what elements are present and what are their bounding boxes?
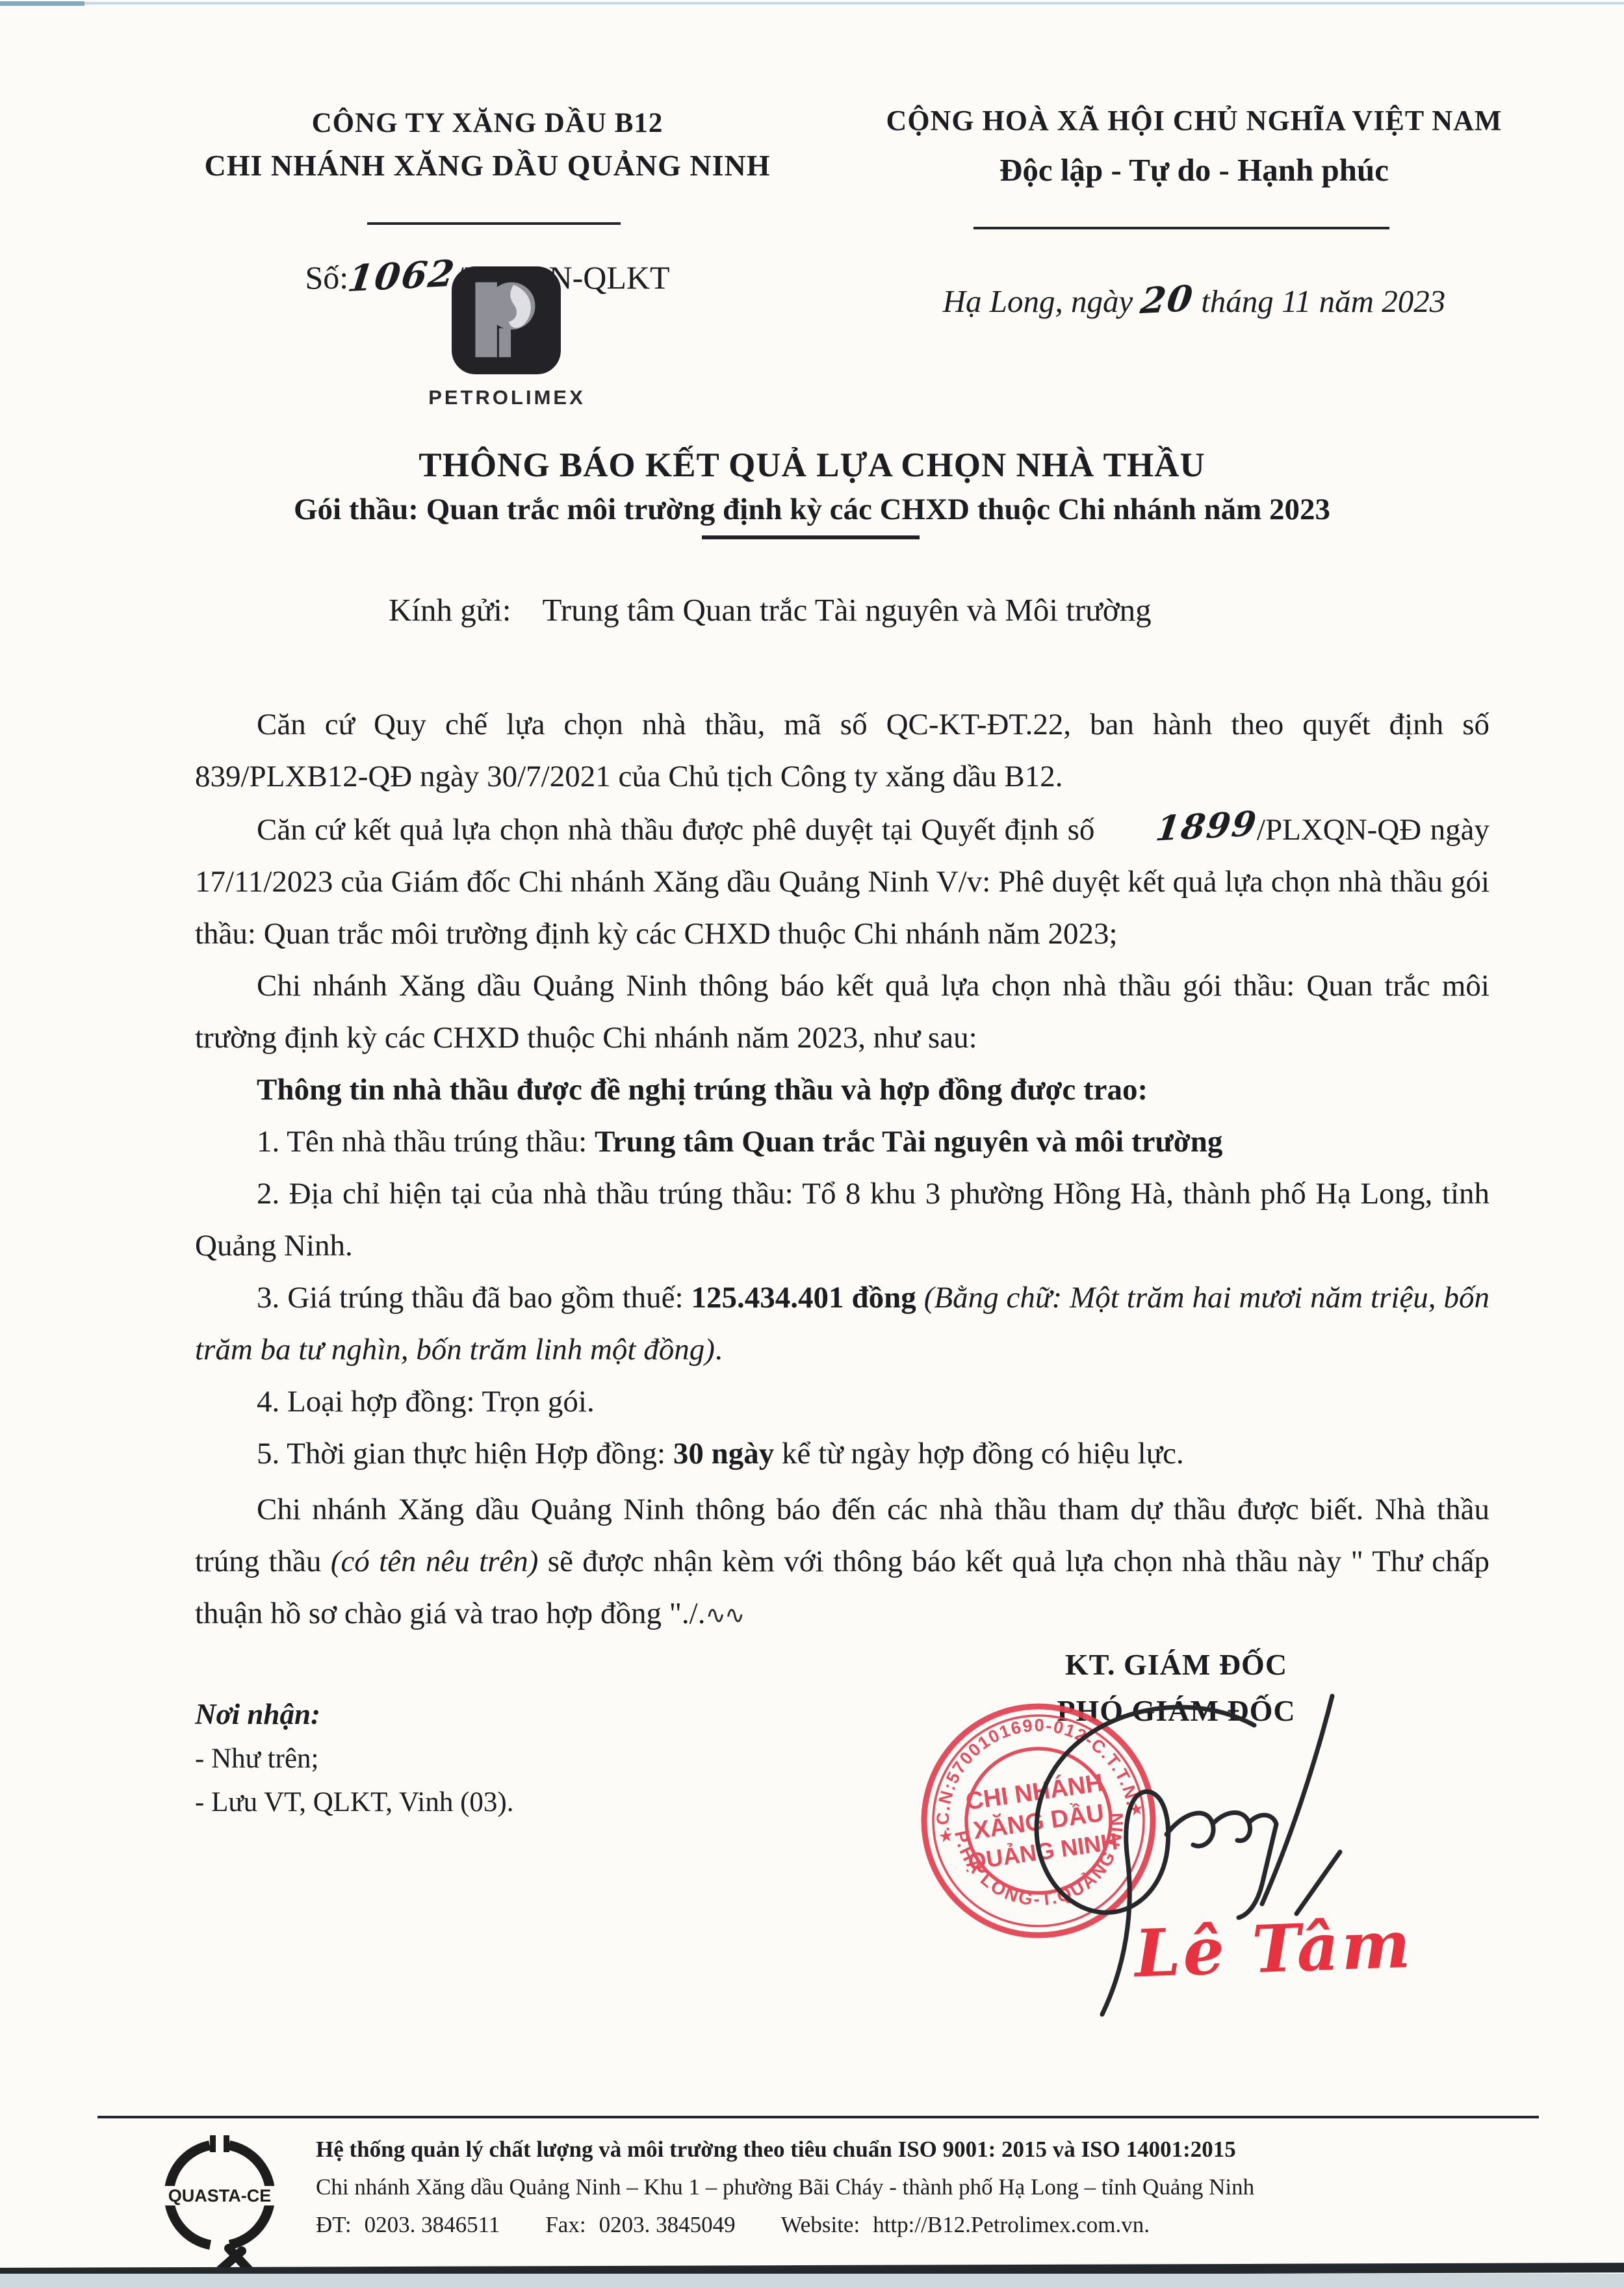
salutation-recipient: Trung tâm Quan trắc Tài nguyên và Môi tr…: [543, 592, 1152, 628]
signature-icon: [968, 1660, 1371, 2024]
footer-text-block: Hệ thống quản lý chất lượng và môi trườn…: [316, 2137, 1551, 2238]
document-body: Căn cứ Quy chế lựa chọn nhà thầu, mã số …: [195, 699, 1489, 1641]
paragraph-1: Căn cứ Quy chế lựa chọn nhà thầu, mã số …: [195, 699, 1489, 803]
price-value: 125.434.401 đồng: [691, 1281, 924, 1315]
footer-contacts: ĐT:0203. 3846511Fax:0203. 3845049Website…: [316, 2212, 1551, 2238]
header-left: CÔNG TY XĂNG DẦU B12 CHI NHÁNH XĂNG DẦU …: [110, 107, 864, 183]
handwritten-flourish: ∿∿: [705, 1600, 743, 1629]
duration-value: 30 ngày: [673, 1437, 774, 1471]
place-date-post: tháng 11 năm 2023: [1193, 283, 1445, 319]
winner-address: 2. Địa chỉ hiện tại của nhà thầu trúng t…: [195, 1177, 1489, 1263]
decision-number-handwritten: 1899: [1091, 799, 1261, 859]
header-right: CỘNG HOÀ XÃ HỘI CHỦ NGHĨA VIỆT NAM Độc l…: [822, 104, 1566, 188]
website-value: http://B12.Petrolimex.com.vn.: [873, 2212, 1150, 2237]
doc-no-prefix: Số:: [305, 259, 348, 296]
salutation-label: Kính gửi:: [389, 592, 511, 628]
winner-name-label: 1. Tên nhà thầu trúng thầu:: [257, 1125, 595, 1159]
paragraph-3-text: Chi nhánh Xăng dầu Quảng Ninh thông báo …: [195, 969, 1489, 1055]
document-subtitle: Gói thầu: Quan trắc môi trường định kỳ c…: [0, 492, 1624, 527]
footer-address-line: Chi nhánh Xăng dầu Quảng Ninh – Khu 1 – …: [316, 2174, 1551, 2200]
scan-top-edge: [0, 2, 1624, 5]
winner-info-heading: Thông tin nhà thầu được đề nghị trúng th…: [257, 1073, 1148, 1107]
recipients-block: Nơi nhận: - Như trên; - Lưu VT, QLKT, Vi…: [195, 1697, 715, 1818]
closing-note-italic: (có tên nêu trên): [331, 1545, 539, 1578]
paragraph-2-text: Căn cứ kết quả lựa chọn nhà thầu được ph…: [257, 813, 1094, 847]
document-title: THÔNG BÁO KẾT QUẢ LỰA CHỌN NHÀ THẦU: [0, 446, 1624, 485]
paragraph-6: 2. Địa chỉ hiện tại của nhà thầu trúng t…: [195, 1168, 1489, 1272]
title-underline: [702, 535, 920, 539]
petrolimex-wordmark: PETROLIMEX: [390, 386, 624, 409]
scanned-document-page: CÔNG TY XĂNG DẦU B12 CHI NHÁNH XĂNG DẦU …: [0, 0, 1624, 2288]
recipients-label: Nơi nhận:: [195, 1697, 715, 1731]
recipient-item: - Lưu VT, QLKT, Vinh (03).: [195, 1786, 715, 1818]
paragraph-7: 3. Giá trúng thầu đã bao gồm thuế: 125.4…: [195, 1272, 1489, 1376]
paragraph-8: 4. Loại hợp đồng: Trọn gói.: [195, 1376, 1489, 1428]
petrolimex-logo-icon: [450, 265, 562, 376]
price-period: .: [715, 1333, 723, 1367]
contract-type: 4. Loại hợp đồng: Trọn gói.: [257, 1385, 595, 1419]
scan-top-edge-dark: [0, 1, 84, 6]
paragraph-1-text: Căn cứ Quy chế lựa chọn nhà thầu, mã số …: [195, 708, 1489, 793]
place-date-pre: Hạ Long, ngày: [943, 283, 1141, 319]
footer-divider: [97, 2116, 1539, 2118]
fax-label: Fax:: [545, 2212, 586, 2237]
duration-label: 5. Thời gian thực hiện Hợp đồng:: [257, 1437, 673, 1471]
org-branch-name: CHI NHÁNH XĂNG DẦU QUẢNG NINH: [110, 148, 864, 183]
recipient-item: - Như trên;: [195, 1743, 715, 1775]
phone-value: 0203. 3846511: [365, 2212, 500, 2237]
paragraph-5: 1. Tên nhà thầu trúng thầu: Trung tâm Qu…: [195, 1116, 1489, 1168]
place-date-line: Hạ Long, ngày 20 tháng 11 năm 2023: [822, 278, 1566, 320]
quasta-ce-logo-icon: QUASTA-CE: [149, 2130, 291, 2274]
national-title: CỘNG HOÀ XÃ HỘI CHỦ NGHĨA VIỆT NAM: [822, 104, 1566, 137]
doc-no-handwritten: 1062: [345, 252, 458, 300]
fax-value: 0203. 3845049: [599, 2212, 736, 2237]
footer-iso-line: Hệ thống quản lý chất lượng và môi trườn…: [316, 2137, 1551, 2163]
duration-suffix: kể từ ngày hợp đồng có hiệu lực.: [774, 1437, 1184, 1471]
paragraph-10: Chi nhánh Xăng dầu Quảng Ninh thông báo …: [195, 1484, 1489, 1641]
org-parent-name: CÔNG TY XĂNG DẦU B12: [110, 107, 864, 139]
date-day-handwritten: 20: [1138, 277, 1196, 322]
scanner-bed-strip: [0, 2274, 1624, 2288]
paragraph-9: 5. Thời gian thực hiện Hợp đồng: 30 ngày…: [195, 1428, 1489, 1480]
paragraph-4: Thông tin nhà thầu được đề nghị trúng th…: [195, 1064, 1489, 1116]
stamp-star-left: ★: [937, 1826, 955, 1847]
paragraph-2: Căn cứ kết quả lựa chọn nhà thầu được ph…: [195, 803, 1489, 960]
header-left-underline: [367, 222, 621, 225]
header-right-underline: [973, 227, 1389, 229]
winner-name-value: Trung tâm Quan trắc Tài nguyên và môi tr…: [595, 1125, 1222, 1159]
phone-label: ĐT:: [316, 2212, 352, 2237]
paragraph-3: Chi nhánh Xăng dầu Quảng Ninh thông báo …: [195, 960, 1489, 1064]
salutation: Kính gửi:Trung tâm Quan trắc Tài nguyên …: [389, 591, 1152, 628]
website-label: Website:: [781, 2212, 860, 2237]
national-motto: Độc lập - Tự do - Hạnh phúc: [822, 151, 1566, 188]
quasta-ce-logo-text: QUASTA-CE: [168, 2186, 272, 2205]
price-label: 3. Giá trúng thầu đã bao gồm thuế:: [257, 1281, 691, 1315]
